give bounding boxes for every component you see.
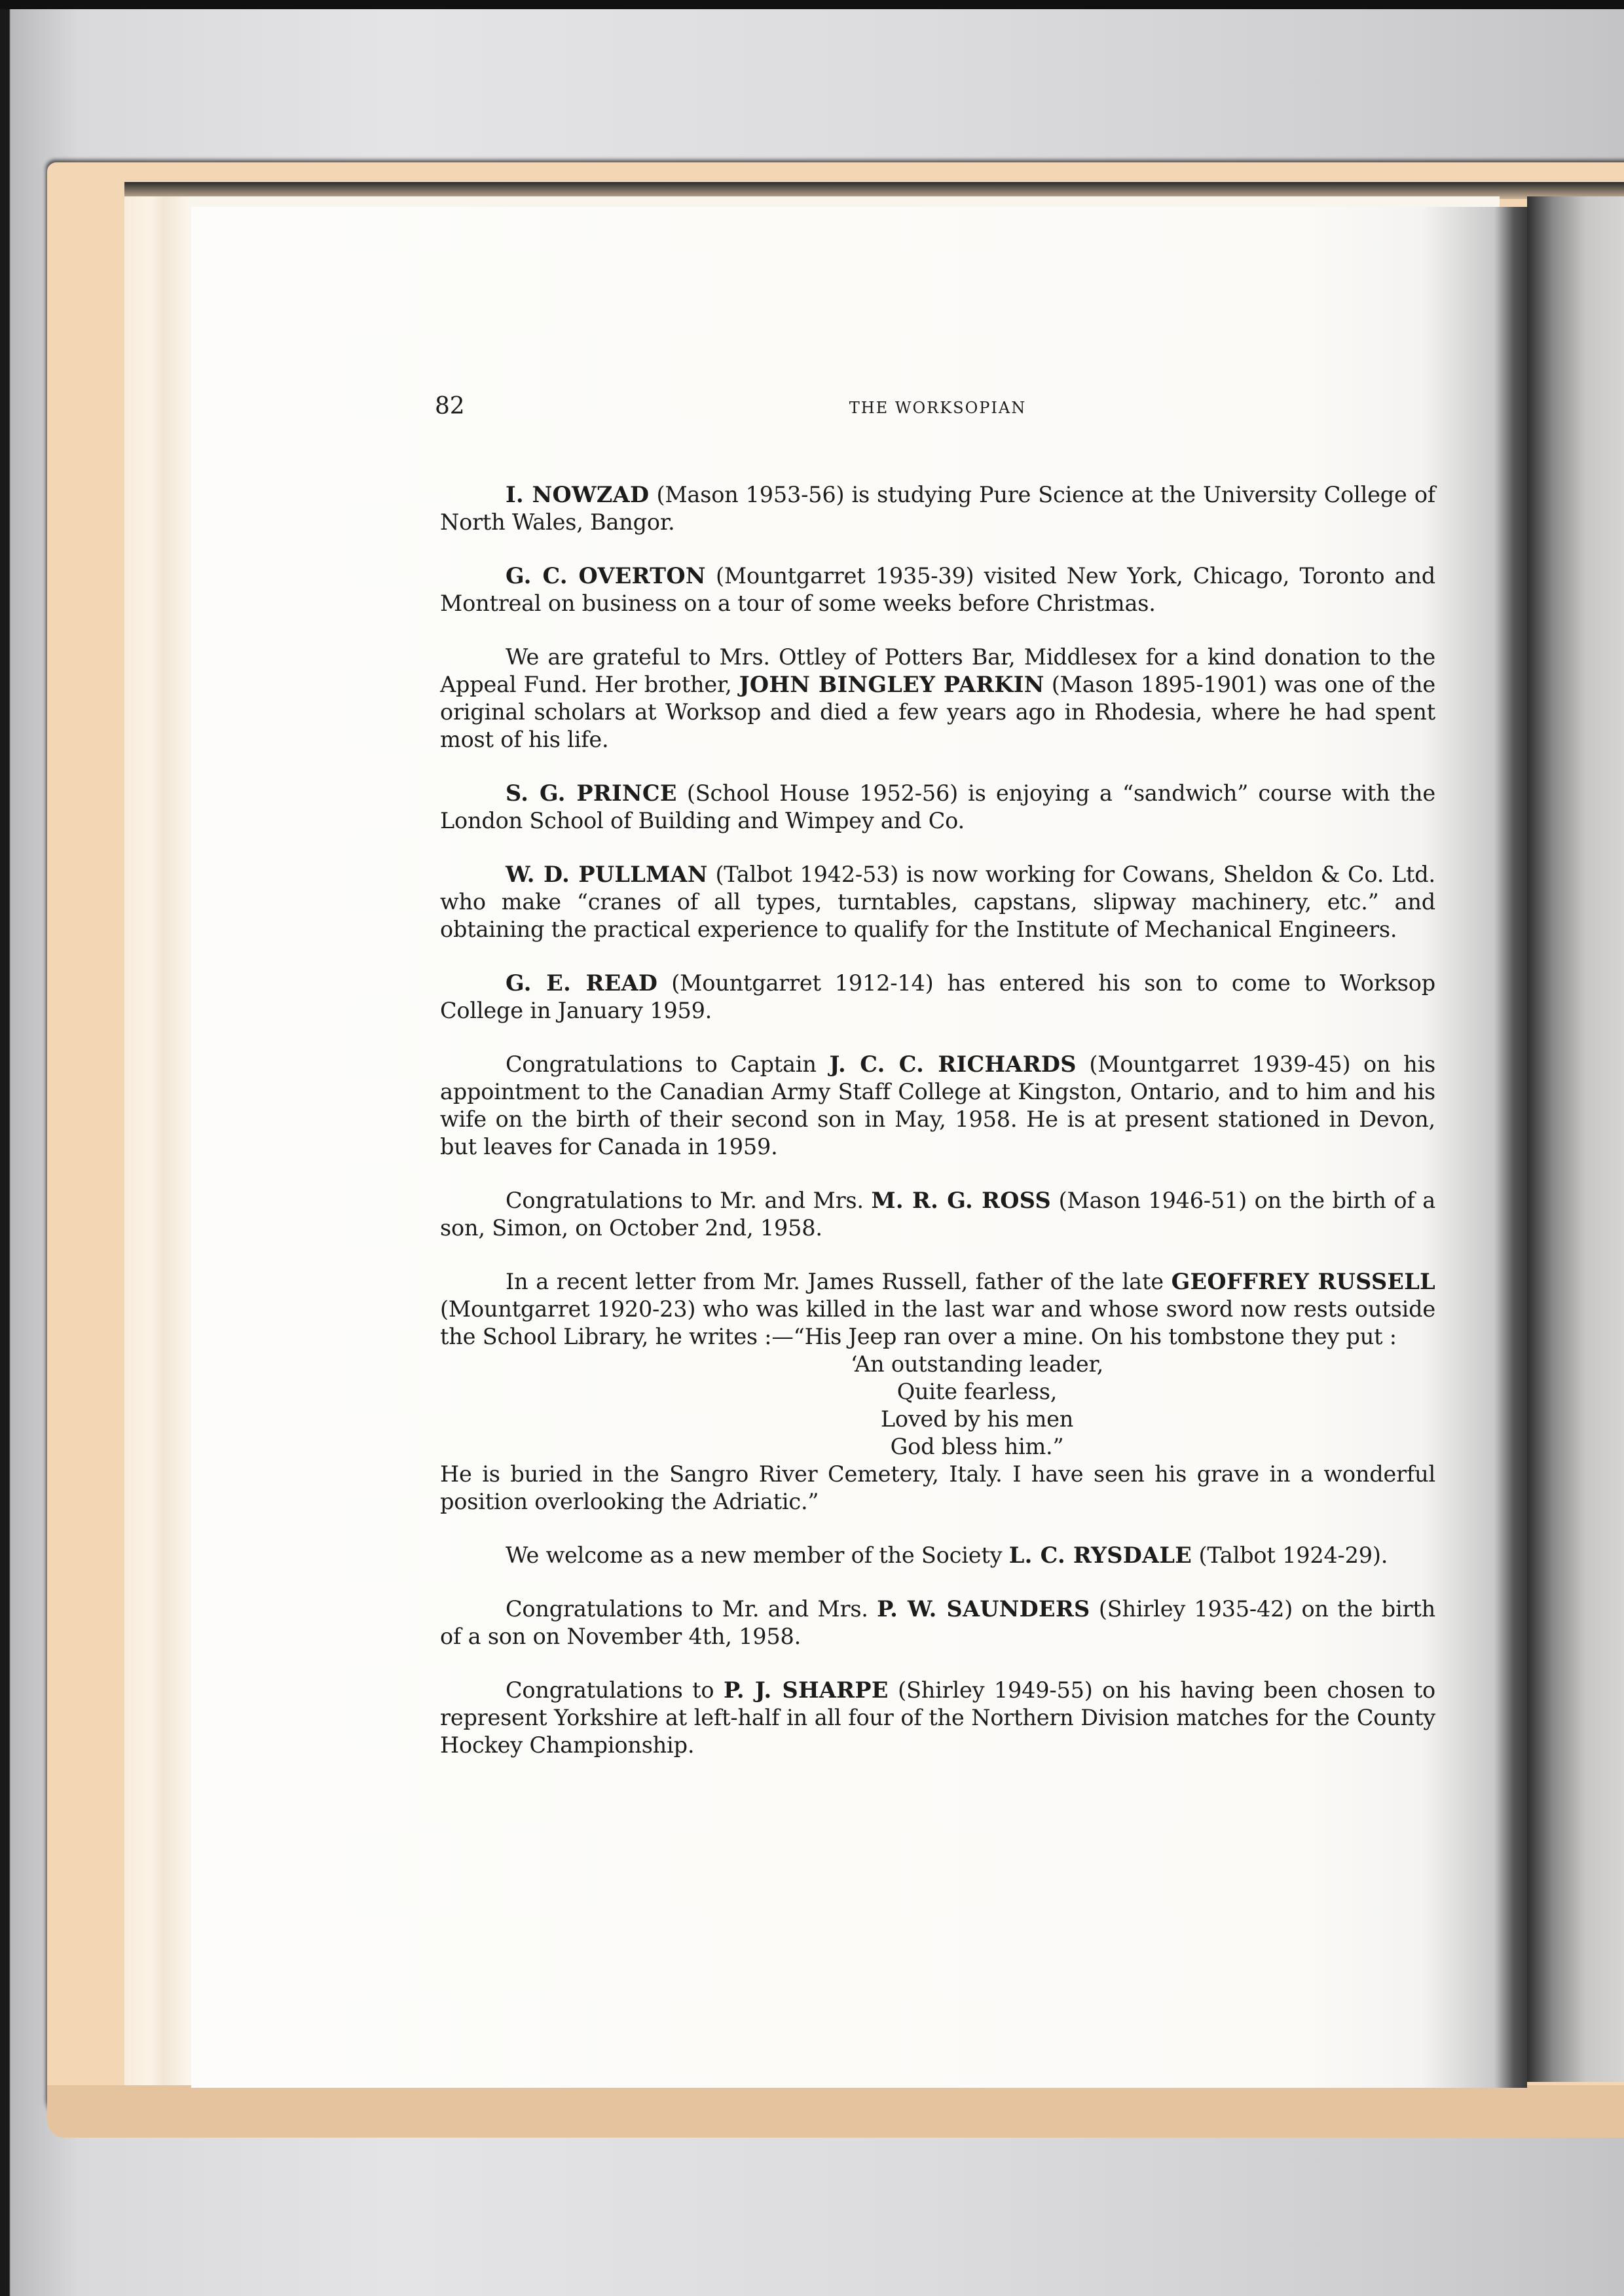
facing-page-gutter xyxy=(1527,196,1624,2082)
person-name: P. J. SHARPE xyxy=(724,1677,889,1703)
person-name: W. D. PULLMAN xyxy=(506,862,708,887)
page-text: 82 THE WORKSOPIAN I. NOWZAD (Mason 1953-… xyxy=(440,393,1435,1785)
book-bottom-edge xyxy=(47,2085,1624,2138)
entry-parkin: We are grateful to Mrs. Ottley of Potter… xyxy=(440,644,1435,754)
verse-line: God bless him.” xyxy=(440,1433,1435,1461)
person-name: M. R. G. ROSS xyxy=(872,1188,1051,1213)
person-name: I. NOWZAD xyxy=(506,482,649,507)
person-name: JOHN BINGLEY PARKIN xyxy=(739,672,1044,697)
person-name: L. C. RYSDALE xyxy=(1009,1542,1192,1568)
verse-line: Quite fearless, xyxy=(440,1378,1435,1406)
entry-saunders: Congratulations to Mr. and Mrs. P. W. SA… xyxy=(440,1595,1435,1650)
verse-line: Loved by his men xyxy=(440,1406,1435,1433)
entry-nowzad: I. NOWZAD (Mason 1953-56) is studying Pu… xyxy=(440,481,1435,536)
entry-richards: Congratulations to Captain J. C. C. RICH… xyxy=(440,1051,1435,1161)
entry-sharpe: Congratulations to P. J. SHARPE (Shirley… xyxy=(440,1677,1435,1759)
person-name: J. C. C. RICHARDS xyxy=(829,1051,1076,1077)
person-name: S. G. PRINCE xyxy=(506,780,677,806)
person-name: GEOFFREY RUSSELL xyxy=(1172,1269,1435,1294)
scanner-top-edge xyxy=(0,0,1624,9)
entry-rysdale: We welcome as a new member of the Societ… xyxy=(440,1542,1435,1569)
entry-prince: S. G. PRINCE (School House 1952-56) is e… xyxy=(440,780,1435,835)
person-name: G. E. READ xyxy=(506,970,657,996)
running-head: 82 THE WORKSOPIAN xyxy=(440,393,1435,419)
verse-line: ‘An outstanding leader, xyxy=(440,1351,1435,1378)
person-name: P. W. SAUNDERS xyxy=(877,1596,1090,1622)
entry-ross: Congratulations to Mr. and Mrs. M. R. G.… xyxy=(440,1187,1435,1242)
journal-title: THE WORKSOPIAN xyxy=(440,394,1435,422)
entry-overton: G. C. OVERTON (Mountgarret 1935-39) visi… xyxy=(440,562,1435,617)
entry-read: G. E. READ (Mountgarret 1912-14) has ent… xyxy=(440,970,1435,1025)
entry-pullman: W. D. PULLMAN (Talbot 1942-53) is now wo… xyxy=(440,861,1435,943)
person-name: G. C. OVERTON xyxy=(506,563,706,589)
entry-russell: In a recent letter from Mr. James Russel… xyxy=(440,1268,1435,1351)
entry-russell-continued: He is buried in the Sangro River Cemeter… xyxy=(440,1461,1435,1516)
tombstone-verse: ‘An outstanding leader, Quite fearless, … xyxy=(440,1351,1435,1461)
